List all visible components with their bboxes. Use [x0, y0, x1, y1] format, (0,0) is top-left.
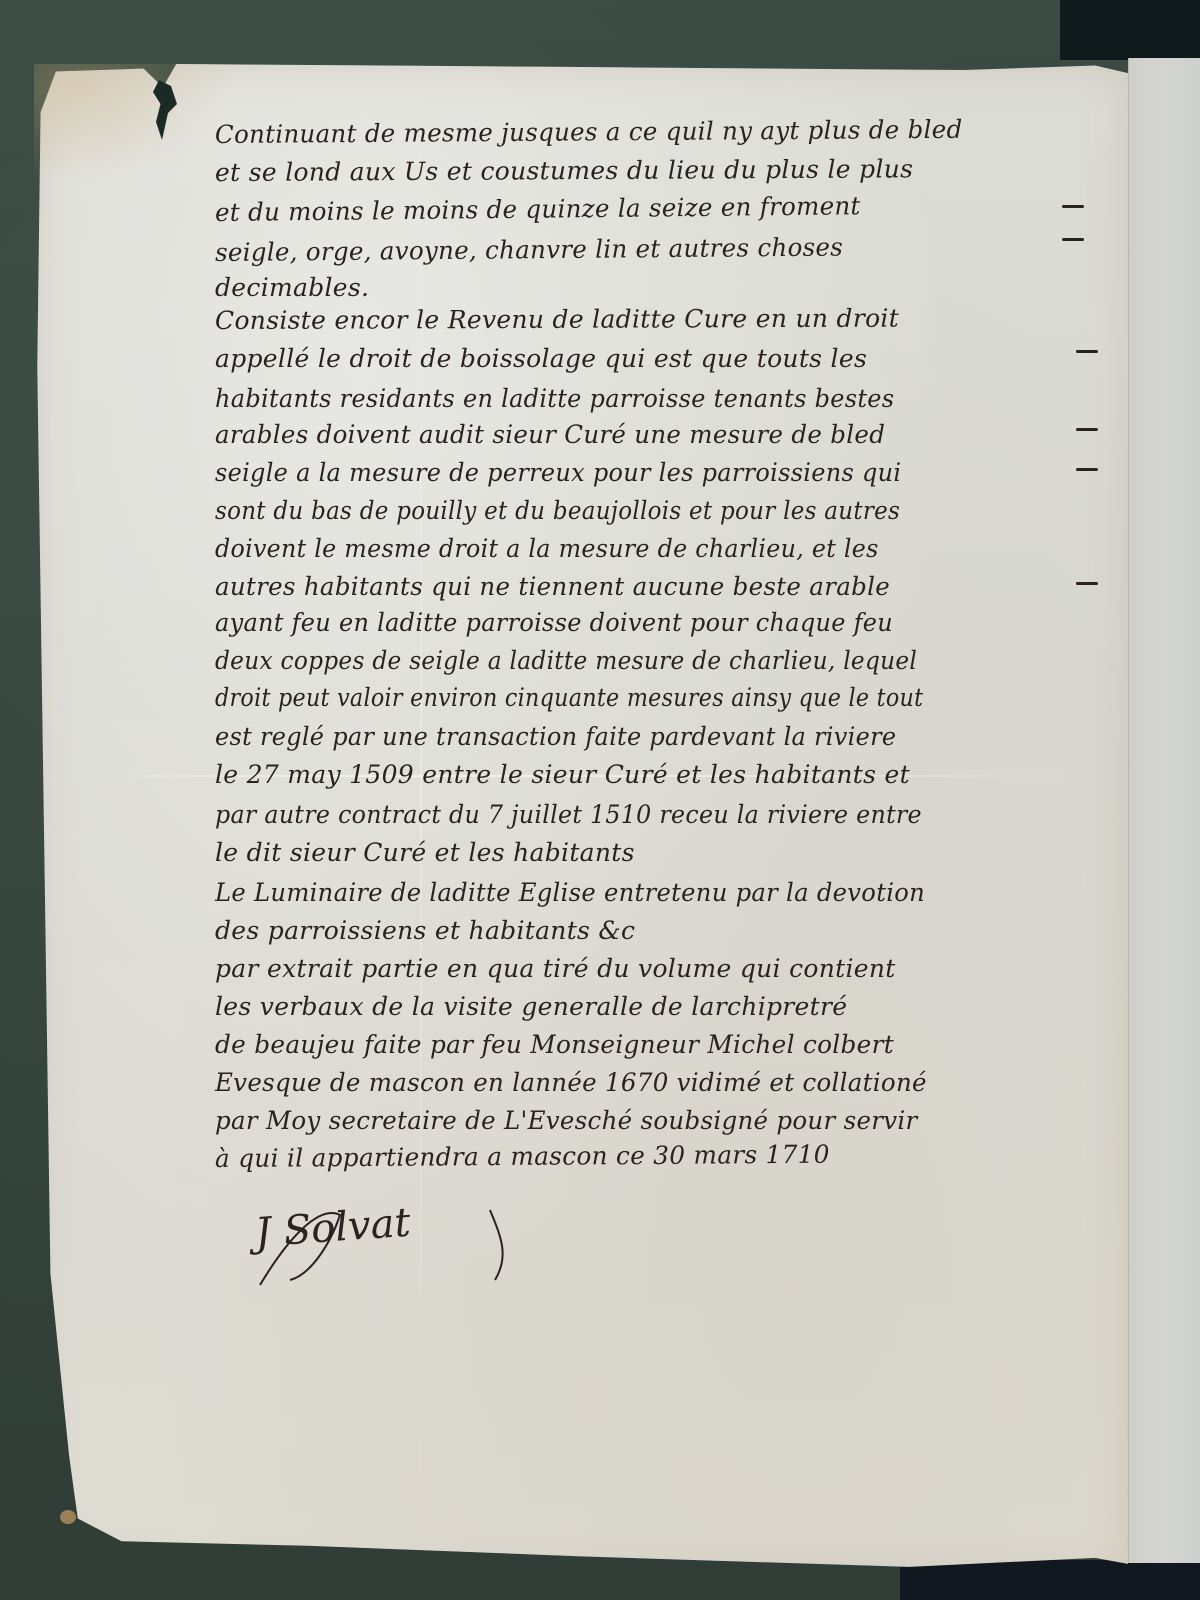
line-filler-dash: [1062, 205, 1084, 208]
text-line: le 27 may 1509 entre le sieur Curé et le…: [215, 760, 910, 789]
line-filler-dash: [1076, 582, 1098, 585]
text-line: par Moy secretaire de L'Evesché soubsign…: [215, 1106, 918, 1135]
text-line: arables doivent audit sieur Curé une mes…: [215, 420, 885, 449]
text-line: droit peut valoir environ cinquante mesu…: [215, 683, 923, 712]
text-line: les verbaux de la visite generalle de la…: [215, 992, 847, 1021]
text-line: ayant feu en laditte parroisse doivent p…: [215, 608, 893, 637]
text-line: Evesque de mascon en lannée 1670 vidimé …: [215, 1068, 927, 1097]
line-filler-dash: [1076, 350, 1098, 353]
text-line: habitants residants en laditte parroisse…: [215, 384, 894, 413]
text-line: seigle, orge, avoyne, chanvre lin et aut…: [215, 233, 843, 267]
facing-page: [1128, 58, 1200, 1563]
line-filler-dash: [1076, 428, 1098, 431]
text-line: par extrait partie en qua tiré du volume…: [215, 954, 896, 983]
text-line: Consiste encor le Revenu de laditte Cure…: [215, 304, 899, 335]
text-line: Le Luminaire de laditte Eglise entretenu…: [215, 878, 925, 907]
text-line: seigle a la mesure de perreux pour les p…: [215, 458, 901, 487]
text-line: à qui il appartiendra a mascon ce 30 mar…: [215, 1140, 830, 1173]
text-line: des parroissiens et habitants &c: [215, 916, 635, 945]
text-line: et se lond aux Us et coustumes du lieu d…: [215, 154, 913, 187]
text-line: decimables.: [215, 273, 369, 302]
text-line: par autre contract du 7 juillet 1510 rec…: [215, 800, 922, 829]
text-line: est reglé par une transaction faite pard…: [215, 722, 896, 751]
text-line: Continuant de mesme jusques a ce quil ny…: [215, 115, 963, 149]
text-line: doivent le mesme droit a la mesure de ch…: [215, 534, 879, 563]
shadow-bottom-right: [900, 1560, 1200, 1600]
stain-spot: [60, 1510, 76, 1524]
shadow-top-right: [1060, 0, 1200, 60]
text-line: deux coppes de seigle a laditte mesure d…: [215, 646, 917, 675]
text-line: sont du bas de pouilly et du beaujollois…: [215, 496, 900, 525]
line-filler-dash: [1076, 468, 1098, 471]
text-line: appellé le droit de boissolage qui est q…: [215, 344, 867, 373]
text-line: le dit sieur Curé et les habitants: [215, 838, 635, 867]
line-filler-dash: [1062, 238, 1084, 241]
text-line: de beaujeu faite par feu Monseigneur Mic…: [215, 1030, 894, 1059]
text-line: autres habitants qui ne tiennent aucune …: [215, 572, 890, 601]
